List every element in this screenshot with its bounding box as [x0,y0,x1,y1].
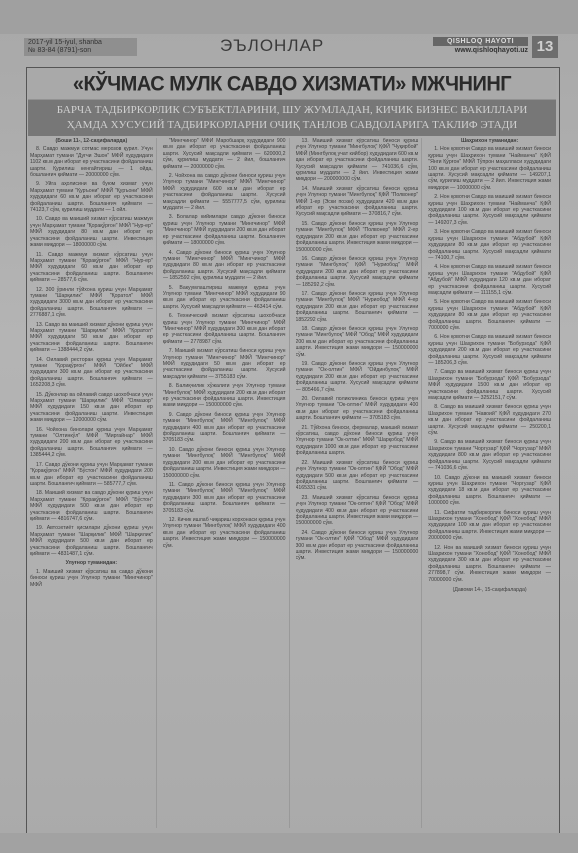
page-header: 2017-yil 15-iyul, shanba № 83-84 (8791)-… [24,36,558,58]
listing-paragraph: 1. Маиший хизмат кўрсатиш ва савдо дўкон… [30,569,153,588]
issue-date: 2017-yil 15-iyul, shanba [28,39,133,47]
column-4: Шаҳрихон туманидан:1. Нон қовотни Савдо … [428,138,554,828]
listing-paragraph: 9. Савдо дўкони биноси қуриш учун Улуғно… [163,412,286,444]
listing-paragraph: 14. Маиший хизмат кўрсатиш биноси қуриш … [296,186,419,218]
listing-paragraph: 20. Оилавий поликлиника биноси қуриш учу… [296,396,419,422]
listing-paragraph: 2. Нон қовотни Савдо ва маиший хизмат би… [428,194,551,226]
listing-paragraph: 2. Чойхона ва савдо дўкони биноси қуриш … [163,173,286,211]
listing-paragraph: 11. Савдо мажмуи хизмат кўрсатиш учун Ма… [30,252,153,284]
column-lead: Шаҳрихон туманидан: [428,138,551,144]
listing-paragraph: 4. Нон қовотни Савдо ва маиший хизмат би… [428,264,551,296]
listing-paragraph: 18. Савдо дўкони биноси қуриш учун Улуғн… [296,326,419,358]
listing-paragraph: 12. 300 ўринли тўйхона қуриш учун Марҳам… [30,287,153,319]
listing-paragraph: 15. Дўконлар ва ойлавий савдо шохобчаси … [30,392,153,424]
district-subheading: Улуғнор туманидан: [30,560,153,566]
listing-paragraph: 19. Автоэхтиёт қисмлари дўкони қуриш учу… [30,525,153,557]
listing-paragraph: 11. Савдо дўкони биноси қуриш учун Улуғн… [163,482,286,514]
listing-paragraph: 17. Савдо дўкони биноси қуриш учун Улуғн… [296,291,419,323]
listing-paragraph: 15. Савдо дўкони биноси қуриш учун Улуғн… [296,221,419,253]
listing-paragraph: 12. Кичик ишлаб чиқариш корхонаси қуриш … [163,517,286,549]
listing-paragraph: 7. Маиший хизмат кўрсатиш биноси қуриш у… [163,348,286,380]
listing-paragraph: 5. Вакуумлаштириш мажмуи қуриш учун Улуғ… [163,285,286,311]
listing-paragraph: 13. Савдо ва маиший хизмат дўкони қуриш … [30,322,153,354]
page-bottom-margin [0,833,578,853]
listing-paragraph: 10. Савдо дўкони биноси қуриш учун Улуғн… [163,447,286,479]
issue-number: № 83-84 (8791)-son [28,47,133,55]
listing-paragraph: 18. Маиший хизмат ва савдо дўкони қуриш … [30,490,153,522]
listing-paragraph: 10. Савдо дўкони ва маиший хизмат биноси… [428,475,551,507]
listing-paragraph: 10. Савдо ва маиший хизмат кўрсатиш мажм… [30,216,153,248]
listing-paragraph: 1. Нон қовотни Савдо ва маиший хизмат би… [428,146,551,191]
listing-paragraph: 6. Нон қовотни Савдо ва маиший хизмат би… [428,334,551,366]
banner-subtitle-line-1: БАРЧА ТАДБИРКОРЛИК СУБЪЕКТЛАРИНИ, ШУ ЖУМ… [28,103,556,118]
column-1: (Боши 11-, 12-саҳифаларда)8. Савдо мажму… [30,138,157,828]
listing-paragraph: 7. Савдо ва маиший хизмат биноси қуриш у… [428,369,551,401]
listing-paragraph: 3. Болалар кийимлари савдо дўкони биноси… [163,214,286,246]
column-3: 13. Маиший хизмат кўрсатиш биноси қуриш … [296,138,423,828]
paper-logo: QISHLOQ HAYOTI www.qishloqhayoti.uz [433,37,528,55]
listing-paragraph: 12. Нон ва маиший хизмат биноси қуриш уч… [428,545,551,583]
listing-paragraph: 17. Савдо дўкони қуриш учун Марҳамат тум… [30,462,153,488]
listing-paragraph: 4. Савдо дўкони биноси қуриш учун Улуғно… [163,250,286,282]
issue-info: 2017-yil 15-iyul, shanba № 83-84 (8791)-… [24,38,137,56]
listing-paragraph: 16. Савдо дўкони биноси қуриш учун Улуғн… [296,256,419,288]
paper-website: www.qishloqhayoti.uz [433,46,528,55]
article-columns: (Боши 11-, 12-саҳифаларда)8. Савдо мажму… [30,138,554,828]
listing-paragraph: 19. Савдо дўкони биноси қуриш учун Улуғн… [296,361,419,393]
page-number: 13 [532,36,558,58]
listing-paragraph: 8. Балиқчилик хўжалиги учун Улуғнор тума… [163,383,286,409]
column-lead: (Боши 11-, 12-саҳифаларда) [30,138,153,144]
listing-paragraph: 8. Савдо мажмуи сотмас мерозов қурил. Уч… [30,146,153,178]
listing-paragraph: 8. Савдо ва маиший хизмат биноси қуриш у… [428,404,551,436]
listing-paragraph: 9. Уйга аҳолисини ва буюм хизмат учун Ма… [30,181,153,213]
listing-paragraph: 3. Нон қовотни Савдо ва маиший хизмат би… [428,229,551,261]
paper-name: QISHLOQ HAYOTI [433,37,528,46]
listing-paragraph: 9. Савдо ва маиший хизмат биноси қуриш у… [428,439,551,471]
banner-subtitle-line-2: ҲАМДА ХУСУСИЙ ТАДБИРКОРЛАРНИ ОЧИҚ ТАНЛОВ… [28,118,556,133]
listing-paragraph: 11. Сифатли тадбиркорлик биноси қуриш уч… [428,510,551,542]
listing-paragraph: "Мингчинор" МФЙ Маробшарқ худудидаги 900… [163,138,286,170]
listing-paragraph: 23. Маиший хизмат кўрсатиш биноси қуриш … [296,495,419,527]
section-title: ЭЪЛОНЛАР [220,36,324,56]
page-top-margin [0,0,578,34]
column-2: "Мингчинор" МФЙ Маробшарқ худудидаги 900… [163,138,290,828]
listing-paragraph: 13. Маиший хизмат кўрсатиш биноси қуриш … [296,138,419,183]
continued-note: (Давоми 14-, 15-саҳифаларда) [428,587,551,593]
listing-paragraph: 16. Чойхона бинолари қуриш учун Марҳамат… [30,427,153,459]
banner-subtitle: БАРЧА ТАДБИРКОРЛИК СУБЪЕКТЛАРИНИ, ШУ ЖУМ… [28,100,556,136]
listing-paragraph: 14. Оилавий ресторан қуриш учун Марҳамат… [30,357,153,389]
listing-paragraph: 5. Нон қовотни Савдо ва маиший хизмат би… [428,299,551,331]
listing-paragraph: 22. Маиший хизмат кўрсатиш биноси қуриш … [296,460,419,492]
listing-paragraph: 6. Технический хизмат кўрсатиш шохобчаси… [163,313,286,345]
listing-paragraph: 21. Тўйхона биноси, фермалар, маиший хиз… [296,425,419,457]
listing-paragraph: 24. Савдо дўкони биноси қуриш учун Улуғн… [296,530,419,562]
banner-title: «КЎЧМАС МУЛК САВДО ХИЗМАТИ» МЖЧНИНГ АНДИ… [28,68,556,101]
